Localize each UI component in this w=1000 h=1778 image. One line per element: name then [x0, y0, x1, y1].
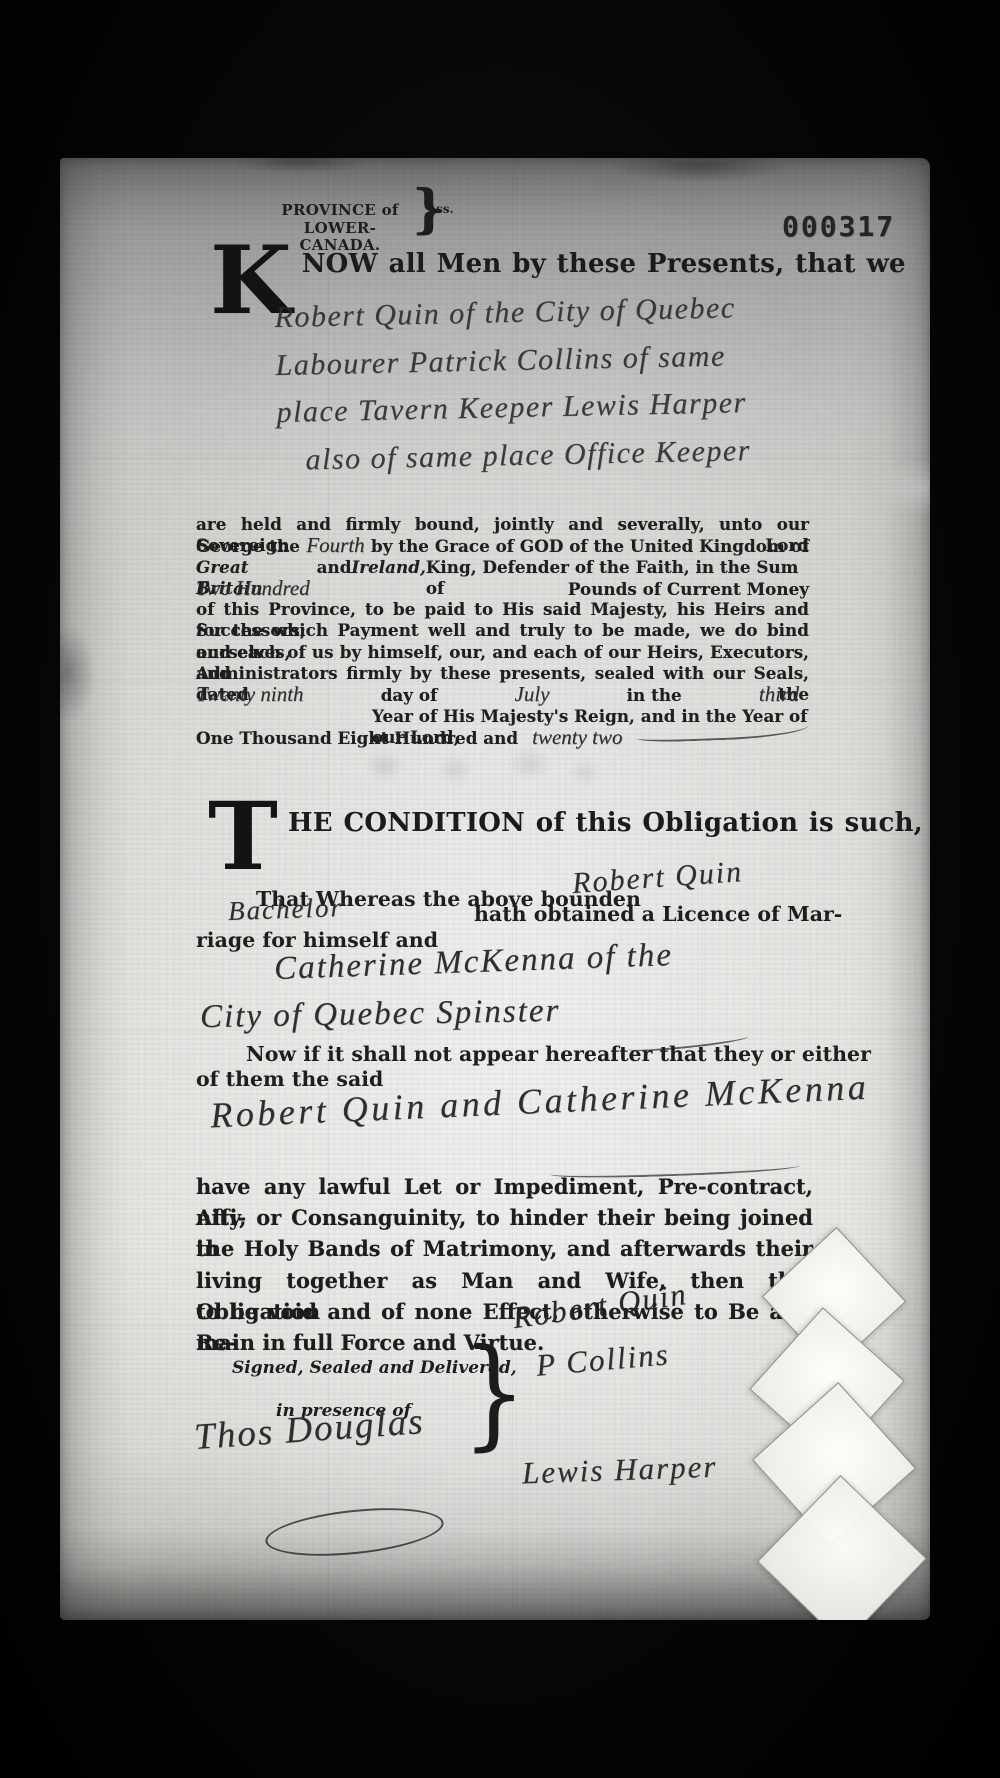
signature-witness-douglas: Thos Douglas	[193, 1400, 426, 1459]
bond-line5: of this Province, to be paid to His said…	[196, 599, 809, 620]
condition-body-line3: the Holy Bands of Matrimony, and afterwa…	[196, 1233, 813, 1264]
bond-dayof-print: day of	[381, 685, 438, 706]
groom-status-script: Bachelor	[227, 892, 343, 927]
bond-line6: for the which Payment well and truly to …	[196, 620, 809, 641]
bond-line2-print-b: by the Grace of GOD of the United Kingdo…	[371, 536, 809, 557]
now-print-line1: Now if it shall not appear hereafter tha…	[246, 1042, 871, 1066]
bond-line3-ireland: Ireland,	[351, 557, 425, 578]
condition-body-line1: have any lawful Let or Impediment, Pre-c…	[196, 1171, 813, 1202]
dropcap-t: T	[208, 800, 278, 874]
bond-fillin-king-numeral: Fourth	[306, 535, 364, 556]
parties-line4: also of same place Office Keeper	[277, 427, 751, 484]
signature-flourish	[263, 1501, 446, 1563]
document-page: PROVINCE of LOWER-CANADA. } ss. 000317 K…	[60, 158, 930, 1620]
bond-fillin-regnal-year: third	[759, 684, 799, 705]
condition-body-line2: nity, or Consanguinity, to hinder their …	[196, 1202, 813, 1233]
bond-line8: Administrators firmly by these presents,…	[196, 663, 809, 684]
bleedthrough-stain	[345, 730, 615, 802]
attestation-brace: }	[462, 1334, 527, 1454]
scan-background: PROVINCE of LOWER-CANADA. } ss. 000317 K…	[0, 0, 1000, 1778]
bond-inthe-print: in the	[627, 685, 682, 706]
bond-line3-and: and	[317, 557, 352, 578]
condition-body-line5: to be void and of none Effect, otherwise…	[196, 1296, 813, 1327]
serial-number-stamp: 000317	[782, 210, 895, 243]
ss-abbreviation: ss.	[436, 202, 454, 216]
handwritten-parties: Robert Quin of the City of Quebec Labour…	[274, 284, 751, 484]
province-line1: PROVINCE of	[264, 202, 416, 220]
condition-body-line4: living together as Man and Wife, then th…	[196, 1265, 813, 1296]
bond-line2-print-a: George the	[196, 536, 300, 557]
bond-line4-print: Pounds of Current Money	[568, 579, 809, 600]
signature-lewis-harper: Lewis Harper	[521, 1449, 718, 1492]
bond-line2: George the Fourth by the Grace of GOD of…	[196, 535, 809, 556]
bond-fillin-day: Twenty ninth	[196, 684, 304, 705]
wafer-seal	[757, 1475, 927, 1620]
bond-line3: Great Britain and Ireland, King, Defende…	[196, 557, 809, 578]
bond-fillin-sum: Two Hundred	[196, 578, 310, 599]
ink-flourish	[636, 725, 809, 743]
condition-heading-text: HE CONDITION of this Obligation is such,	[278, 800, 923, 874]
bond-fillin-month: July	[515, 684, 550, 705]
bond-line7: and each of us by himself, our, and each…	[196, 642, 809, 663]
bond-paragraph: are held and firmly bound, jointly and s…	[196, 514, 809, 748]
bride-name-script-line2: City of Quebec Spinster	[200, 993, 561, 1036]
bond-line10: Year of His Majesty's Reign, and in the …	[196, 706, 809, 727]
condition-heading: T HE CONDITION of this Obligation is suc…	[208, 800, 923, 874]
licence-print-line1: hath obtained a Licence of Mar-	[474, 902, 842, 926]
bond-line1: are held and firmly bound, jointly and s…	[196, 514, 809, 535]
